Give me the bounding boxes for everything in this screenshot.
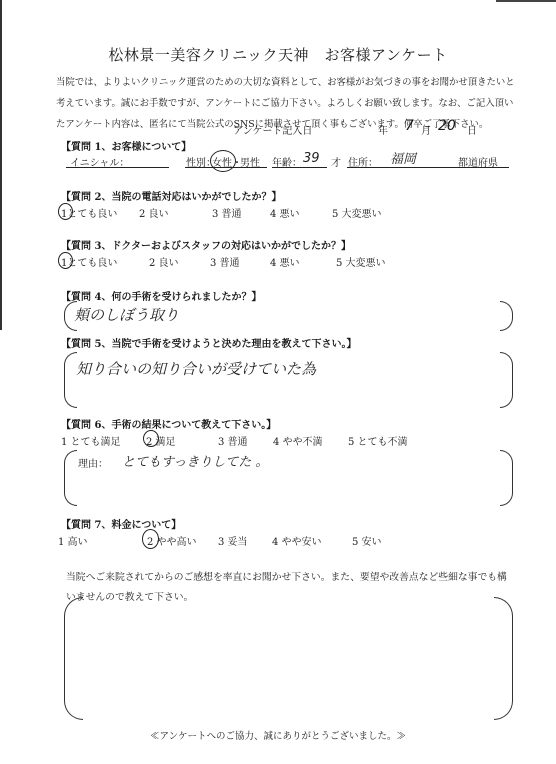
q5-answer[interactable]: 知り合いの知り合いが受けていた為 — [76, 358, 316, 379]
entry-date-label: アンケート記入日 — [233, 122, 312, 137]
q2-option-4[interactable]: 4 悪い — [270, 205, 300, 220]
comments-bracket-right — [494, 597, 513, 720]
q7-selected-circle — [142, 529, 159, 549]
q6-option-4[interactable]: 4 やや不満 — [273, 433, 323, 448]
age-unit: 才 — [331, 154, 341, 169]
q7-option-1[interactable]: 1 高い — [58, 533, 88, 548]
q3-title: 【質問 3、ドクターおよびスタッフの対応はいかがでしたか？】 — [61, 237, 351, 252]
q2-option-5[interactable]: 5 大変悪い — [332, 205, 382, 220]
age-field[interactable]: 39 — [303, 151, 320, 166]
q5-title: 【質問 5、当院で手術を受けようと決めた理由を教えて下さい。】 — [61, 335, 356, 350]
q2-option-3[interactable]: 3 普通 — [212, 205, 242, 220]
q6-bracket-left — [64, 450, 77, 506]
q7-title: 【質問 7、料金について】 — [61, 516, 181, 531]
closing-message: ≪アンケートへのご協力、誠にありがとうございました。≫ — [0, 728, 556, 742]
gender-selected-circle — [210, 150, 236, 172]
comments-bracket-left — [64, 597, 83, 720]
q3-option-4[interactable]: 4 悪い — [270, 254, 300, 269]
day-label: 日 — [467, 122, 477, 137]
month-label: 月 — [421, 122, 431, 137]
year-label: 年 — [378, 122, 388, 137]
q6-option-3[interactable]: 3 普通 — [218, 433, 248, 448]
q7-option-5[interactable]: 5 安い — [352, 533, 382, 548]
q6-option-1[interactable]: 1 とても満足 — [61, 433, 121, 448]
age-underline — [272, 167, 327, 168]
q3-option-3[interactable]: 3 普通 — [210, 254, 240, 269]
month-value[interactable]: 7 — [405, 118, 414, 134]
q1-title: 【質問 1、お客様について】 — [61, 138, 191, 153]
survey-title: 松林景一美容クリニック天神 お客様アンケート — [0, 44, 556, 65]
initial-underline — [66, 167, 169, 168]
q2-option-2[interactable]: 2 良い — [139, 205, 169, 220]
q4-title: 【質問 4、何の手術を受けられましたか？】 — [61, 288, 261, 303]
q7-option-4[interactable]: 4 やや安い — [272, 533, 322, 548]
scan-edge-top — [496, 0, 556, 2]
address-underline — [347, 167, 509, 168]
day-value[interactable]: 20 — [438, 118, 456, 134]
q6-title: 【質問 6、手術の結果について教えて下さい。】 — [61, 416, 276, 431]
q6-selected-circle — [143, 430, 159, 447]
q2-title: 【質問 2、当院の電話対応はいかがでしたか？】 — [61, 188, 281, 203]
q5-bracket-right — [500, 352, 513, 408]
q3-option-2[interactable]: 2 良い — [149, 254, 179, 269]
q6-reason-label: 理由： — [78, 455, 108, 470]
gender-underline — [185, 167, 267, 168]
q6-reason-answer[interactable]: とてもすっきりしてた 。 — [122, 451, 268, 470]
q3-option-5[interactable]: 5 大変悪い — [336, 254, 386, 269]
comments-prompt: 当院へご来院されてからのご感想を率直にお聞かせ下さい。また、要望や改善点など些細… — [66, 568, 516, 608]
q2-selected-circle — [58, 203, 73, 220]
q7-option-3[interactable]: 3 妥当 — [218, 533, 248, 548]
q6-option-5[interactable]: 5 とても不満 — [348, 433, 408, 448]
q6-bracket-right — [500, 450, 513, 506]
address-field[interactable]: 福岡 — [390, 148, 416, 167]
q4-answer[interactable]: 頬のしぼう取り — [74, 304, 179, 325]
q4-bracket-right — [500, 301, 513, 331]
q3-selected-circle — [58, 252, 73, 269]
